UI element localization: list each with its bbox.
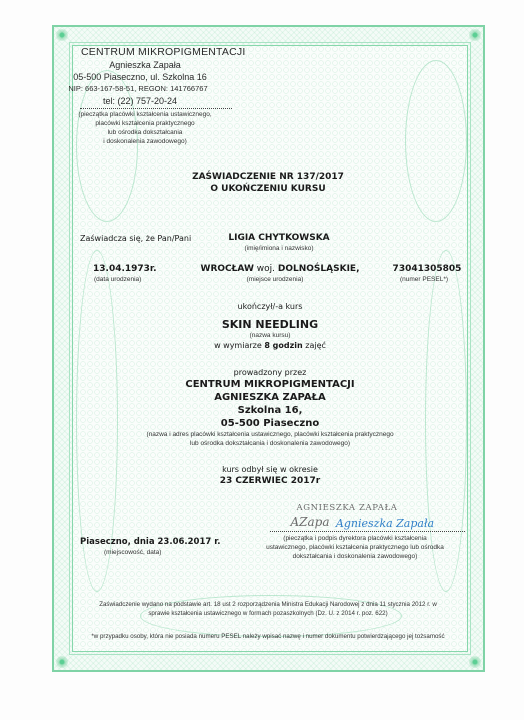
certificate-title: ZAŚWIADCZENIE NR 137/2017 <box>192 172 344 182</box>
hours-suffix: zajęć <box>305 341 326 350</box>
stamp-caption-line: lub ośrodka dokształcania <box>108 129 183 136</box>
director-caption-line: (pieczątka i podpis dyrektora placówki k… <box>283 535 426 542</box>
course-completed: ukończył/-a kurs <box>238 302 303 311</box>
provider-intro: prowadzony przez <box>234 368 307 377</box>
place-date: Piaseczno, dnia 23.06.2017 r. <box>80 537 220 547</box>
hours-prefix: w wymiarze <box>214 341 262 350</box>
provider-name: CENTRUM MIKROPIGMENTACJI <box>185 379 354 390</box>
rosette-icon <box>469 656 481 668</box>
decorative-vine <box>405 60 467 222</box>
period-date: 23 CZERWIEC 2017r <box>220 476 321 486</box>
legal-note-line: Zaświadczenie wydano na podstawie art. 1… <box>99 601 437 608</box>
director-signature-blue: Agnieszka Zapała <box>336 517 434 530</box>
course-name-caption: (nazwa kursu) <box>250 332 291 339</box>
stamp-caption-line: placówki kształcenia praktycznego <box>95 120 194 127</box>
stamp-org-name: CENTRUM MIKROPIGMENTACJI <box>81 46 245 58</box>
provider-caption: lub ośrodka dokształcania i doskonalenia… <box>190 440 350 447</box>
director-caption-line: dokształcania i doskonalenia zawodowego) <box>293 553 418 560</box>
stamp-ids: NIP: 663-167-58-51, REGON: 141766767 <box>68 84 207 93</box>
course-hours: w wymiarze 8 godzin zajęć <box>214 341 326 350</box>
hours-value: 8 godzin <box>264 341 302 350</box>
decorative-vine <box>425 250 467 592</box>
rosette-icon <box>469 29 481 41</box>
stamp-address: 05-500 Piaseczno, ul. Szkolna 16 <box>73 72 207 82</box>
director-stamp-name: AGNIESZKA ZAPAŁA <box>296 503 397 513</box>
rosette-icon <box>56 656 68 668</box>
period-intro: kurs odbył się w okresie <box>222 465 318 474</box>
person-name: LIGIA CHYTKOWSKA <box>228 233 329 243</box>
person-name-caption: (imię/imiona i nazwisko) <box>245 245 314 252</box>
certificate-subtitle: O UKOŃCZENIU KURSU <box>210 184 325 194</box>
provider-street: Szkolna 16, <box>238 405 303 416</box>
stamp-caption-line: (pieczątka placówki kształcenia ustawicz… <box>78 111 211 118</box>
birth-voiv-prefix: woj. <box>257 264 275 274</box>
director-caption-line: ustawicznego, placówki kształcenia prakt… <box>266 544 444 551</box>
rosette-icon <box>56 29 68 41</box>
provider-city: 05-500 Piaseczno <box>221 418 319 429</box>
pesel-number: 73041305805 <box>393 264 462 274</box>
stamp-phone: tel: (22) 757-20-24 <box>103 96 177 106</box>
provider-caption: (nazwa i adres placówki kształcenia usta… <box>146 431 393 438</box>
director-signature: AZapa <box>291 515 330 529</box>
provider-owner: AGNIESZKA ZAPAŁA <box>214 392 326 403</box>
birth-place: WROCŁAW woj. DOLNOŚLĄSKIE, <box>201 264 360 274</box>
person-intro: Zaświadcza się, że Pan/Pani <box>80 234 191 243</box>
signature-line <box>270 531 465 532</box>
stamp-divider <box>80 108 232 109</box>
stamp-caption-line: i doskonalenia zawodowego) <box>103 138 186 145</box>
course-name: SKIN NEEDLING <box>222 318 318 331</box>
birth-city: WROCŁAW <box>201 264 254 274</box>
legal-note-line: sprawie kształcenia ustawicznego w forma… <box>148 610 387 617</box>
birth-voivodeship: DOLNOŚLĄSKIE, <box>278 264 360 274</box>
footnote: *w przypadku osoby, która nie posiada nu… <box>91 633 444 640</box>
birth-date-caption: (data urodzenia) <box>94 276 141 283</box>
birth-date: 13.04.1973r. <box>93 264 157 274</box>
place-date-caption: (miejscowość, data) <box>104 549 161 556</box>
birth-place-caption: (miejsce urodzenia) <box>247 276 304 283</box>
stamp-owner: Agnieszka Zapała <box>109 60 181 70</box>
pesel-caption: (numer PESEL*) <box>400 276 448 283</box>
